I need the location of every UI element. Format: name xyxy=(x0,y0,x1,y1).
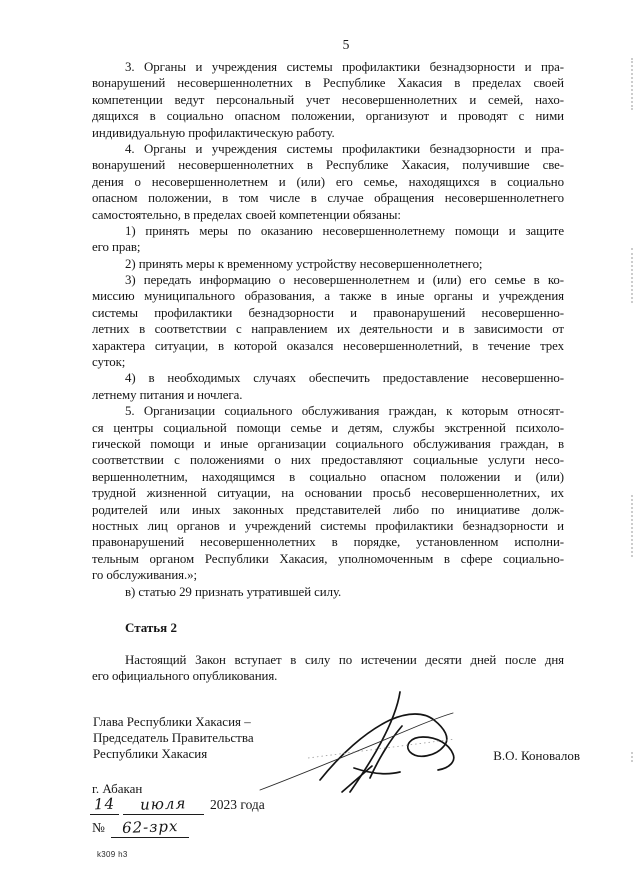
handwritten-month: июля xyxy=(123,795,204,815)
text-line: ся центры социальной помощи семье и детя… xyxy=(92,420,564,436)
text-line: родителей или иных законных представител… xyxy=(92,502,564,518)
text-line: 5. Организации социального обслуживания … xyxy=(92,403,564,419)
text-line: его прав; xyxy=(92,239,564,255)
issue-year: 2023 года xyxy=(210,797,265,812)
text-line: опасном положении, в том числе в случае … xyxy=(92,190,564,206)
text-line: индивидуальную профилактическую работу. xyxy=(92,125,564,141)
text-line: летних в соответствии с направлением их … xyxy=(92,321,564,337)
signatory-name: В.О. Коновалов xyxy=(430,748,580,764)
text-line: гической помощи и иные организации социа… xyxy=(92,436,564,452)
issue-number-line: №62-зрх xyxy=(92,818,189,838)
text-line: самостоятельно, в пределах своей компете… xyxy=(92,207,564,223)
text-line: вонарушений несовершеннолетних в Республ… xyxy=(92,75,564,91)
scan-artifact xyxy=(631,248,633,303)
handwritten-day: 14 xyxy=(90,795,119,815)
text-line: летнему питания и ночлега. xyxy=(92,387,564,403)
text-line: правонарушений несовершеннолетних в поря… xyxy=(92,534,564,550)
signature-stroke xyxy=(354,768,400,774)
text-line: го обслуживания.»; xyxy=(92,567,564,583)
text-line: Настоящий Закон вступает в силу по истеч… xyxy=(92,652,564,668)
scan-artifact xyxy=(631,495,633,557)
scan-artifact xyxy=(631,752,633,762)
text-line: соответствии с положениями о них предост… xyxy=(92,452,564,468)
signatory-title: Глава Республики Хакасия – Председатель … xyxy=(93,714,254,763)
number-sign: № xyxy=(92,820,105,835)
text-line: дящихся в социально опасном положении, о… xyxy=(92,108,564,124)
text-line: дения о несовершеннолетнем и (или) его с… xyxy=(92,174,564,190)
signatory-title-line: Глава Республики Хакасия – xyxy=(93,714,254,730)
text-line: в) статью 29 признать утратившей силу. xyxy=(92,584,564,600)
text-line: тельным органом Республики Хакасия, упол… xyxy=(92,551,564,567)
text-line: характера ситуации, в которой оказался н… xyxy=(92,338,564,354)
handwritten-number: 62-зрх xyxy=(111,818,189,838)
handwritten-signature xyxy=(250,680,470,810)
text-line: 4. Органы и учреждения системы профилакт… xyxy=(92,141,564,157)
signatory-title-line: Республики Хакасия xyxy=(93,746,254,762)
text-line: трудной жизненной ситуации, на основании… xyxy=(92,485,564,501)
text-line: 3) передать информацию о несовершеннолет… xyxy=(92,272,564,288)
text-line: 3. Органы и учреждения системы профилакт… xyxy=(92,59,564,75)
text-line: 1) принять меры по оказанию несовершенно… xyxy=(92,223,564,239)
body-text: 3. Органы и учреждения системы профилакт… xyxy=(92,59,564,600)
signature-stroke xyxy=(342,766,372,792)
text-line: ностных лиц органов и учреждений системы… xyxy=(92,518,564,534)
issue-date-line: 14июля2023 года xyxy=(90,795,265,815)
text-line: компетенции ведут персональный учет несо… xyxy=(92,92,564,108)
text-line: миссию муниципального образования, а так… xyxy=(92,288,564,304)
scan-artifact xyxy=(631,58,633,110)
text-line: вонарушений несовершеннолетних в Республ… xyxy=(92,157,564,173)
article-2-heading: Статья 2 xyxy=(125,620,177,636)
text-line: 4) в необходимых случаях обеспечить пред… xyxy=(92,370,564,386)
text-line: системы профилактики безнадзорности и пр… xyxy=(92,305,564,321)
text-line: вершеннолетним, находящимся в социально … xyxy=(92,469,564,485)
signatory-title-line: Председатель Правительства xyxy=(93,730,254,746)
text-line: суток; xyxy=(92,354,564,370)
page-number: 5 xyxy=(330,37,362,53)
text-line: 2) принять меры к временному устройству … xyxy=(92,256,564,272)
footer-code: k309 h3 xyxy=(97,850,128,859)
